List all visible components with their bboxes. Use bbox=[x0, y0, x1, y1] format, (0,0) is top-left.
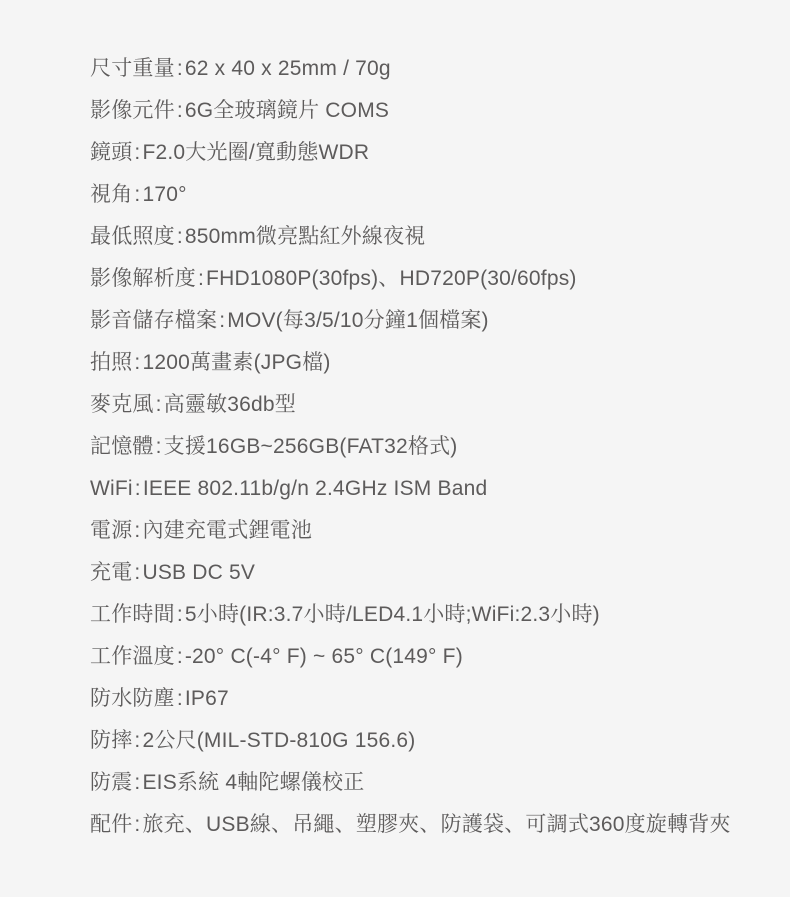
spec-value: EIS系統 4軸陀螺儀校正 bbox=[142, 771, 364, 794]
spec-separator: : bbox=[175, 225, 185, 248]
spec-value: IEEE 802.11b/g/n 2.4GHz ISM Band bbox=[143, 477, 488, 500]
spec-label: 工作溫度 bbox=[90, 645, 175, 668]
spec-separator: : bbox=[132, 351, 142, 374]
spec-label: 視角 bbox=[90, 183, 132, 206]
spec-sheet-page: { "page": { "background_color": "#f5f5f5… bbox=[0, 0, 790, 897]
spec-separator: : bbox=[132, 141, 142, 164]
spec-separator: : bbox=[154, 435, 164, 458]
spec-separator: : bbox=[175, 645, 185, 668]
spec-label: 最低照度 bbox=[90, 225, 175, 248]
spec-row-working-time: 工作時間:5小時(IR:3.7小時/LED4.1小時;WiFi:2.3小時) bbox=[90, 594, 760, 636]
spec-row-accessories: 配件:旅充、USB線、吊繩、塑膠夾、防護袋、可調式360度旋轉背夾 bbox=[90, 804, 760, 846]
spec-label: 防水防塵 bbox=[90, 687, 175, 710]
spec-separator: : bbox=[132, 729, 142, 752]
spec-value: 高靈敏36db型 bbox=[164, 393, 296, 416]
spec-label: 影像解析度 bbox=[90, 267, 196, 290]
spec-row-video-file: 影音儲存檔案:MOV(每3/5/10分鐘1個檔案) bbox=[90, 300, 760, 342]
spec-separator: : bbox=[132, 519, 142, 542]
spec-value: IP67 bbox=[185, 687, 229, 710]
spec-separator: : bbox=[175, 57, 185, 80]
spec-separator: : bbox=[132, 813, 142, 836]
spec-value: 5小時(IR:3.7小時/LED4.1小時;WiFi:2.3小時) bbox=[185, 603, 600, 626]
spec-list: 尺寸重量:62 x 40 x 25mm / 70g 影像元件:6G全玻璃鏡片 C… bbox=[0, 0, 790, 846]
spec-label: 記憶體 bbox=[90, 435, 154, 458]
spec-value: FHD1080P(30fps)、HD720P(30/60fps) bbox=[206, 267, 577, 290]
spec-separator: : bbox=[175, 603, 185, 626]
spec-value: -20° C(-4° F) ~ 65° C(149° F) bbox=[185, 645, 463, 668]
spec-label: 配件 bbox=[90, 813, 132, 836]
spec-value: 6G全玻璃鏡片 COMS bbox=[185, 99, 389, 122]
spec-row-dimensions-weight: 尺寸重量:62 x 40 x 25mm / 70g bbox=[90, 48, 760, 90]
spec-value: F2.0大光圈/寬動態WDR bbox=[142, 141, 369, 164]
spec-row-drop-resistance: 防摔:2公尺(MIL-STD-810G 156.6) bbox=[90, 720, 760, 762]
spec-label: 麥克風 bbox=[90, 393, 154, 416]
spec-row-waterproof-dustproof: 防水防塵:IP67 bbox=[90, 678, 760, 720]
spec-separator: : bbox=[132, 771, 142, 794]
spec-label: 工作時間 bbox=[90, 603, 175, 626]
spec-row-memory: 記憶體:支援16GB~256GB(FAT32格式) bbox=[90, 426, 760, 468]
spec-separator: : bbox=[196, 267, 206, 290]
spec-row-min-illumination: 最低照度:850mm微亮點紅外線夜視 bbox=[90, 216, 760, 258]
spec-label: 影像元件 bbox=[90, 99, 175, 122]
spec-value: 支援16GB~256GB(FAT32格式) bbox=[164, 435, 458, 458]
spec-row-working-temperature: 工作溫度:-20° C(-4° F) ~ 65° C(149° F) bbox=[90, 636, 760, 678]
spec-label: 尺寸重量 bbox=[90, 57, 175, 80]
spec-label: 拍照 bbox=[90, 351, 132, 374]
spec-row-view-angle: 視角:170° bbox=[90, 174, 760, 216]
spec-separator: : bbox=[133, 477, 143, 500]
spec-value: 1200萬畫素(JPG檔) bbox=[142, 351, 330, 374]
spec-separator: : bbox=[154, 393, 164, 416]
spec-value: 170° bbox=[142, 183, 186, 206]
spec-label: 鏡頭 bbox=[90, 141, 132, 164]
spec-row-microphone: 麥克風:高靈敏36db型 bbox=[90, 384, 760, 426]
spec-row-wifi: WiFi:IEEE 802.11b/g/n 2.4GHz ISM Band bbox=[90, 468, 760, 510]
spec-row-anti-shake: 防震:EIS系統 4軸陀螺儀校正 bbox=[90, 762, 760, 804]
spec-value: USB DC 5V bbox=[142, 561, 255, 584]
spec-value: 2公尺(MIL-STD-810G 156.6) bbox=[142, 729, 415, 752]
spec-label: WiFi bbox=[90, 477, 133, 500]
spec-label: 影音儲存檔案 bbox=[90, 309, 217, 332]
spec-value: 內建充電式鋰電池 bbox=[142, 519, 312, 542]
spec-label: 防震 bbox=[90, 771, 132, 794]
spec-separator: : bbox=[132, 561, 142, 584]
spec-row-image-sensor: 影像元件:6G全玻璃鏡片 COMS bbox=[90, 90, 760, 132]
spec-value: 850mm微亮點紅外線夜視 bbox=[185, 225, 426, 248]
spec-separator: : bbox=[132, 183, 142, 206]
spec-value: 62 x 40 x 25mm / 70g bbox=[185, 57, 391, 80]
spec-row-resolution: 影像解析度:FHD1080P(30fps)、HD720P(30/60fps) bbox=[90, 258, 760, 300]
spec-row-photo: 拍照:1200萬畫素(JPG檔) bbox=[90, 342, 760, 384]
spec-row-lens: 鏡頭:F2.0大光圈/寬動態WDR bbox=[90, 132, 760, 174]
spec-separator: : bbox=[175, 687, 185, 710]
spec-label: 電源 bbox=[90, 519, 132, 542]
spec-separator: : bbox=[217, 309, 227, 332]
spec-row-power: 電源:內建充電式鋰電池 bbox=[90, 510, 760, 552]
spec-value: MOV(每3/5/10分鐘1個檔案) bbox=[227, 309, 489, 332]
spec-label: 防摔 bbox=[90, 729, 132, 752]
spec-separator: : bbox=[175, 99, 185, 122]
spec-value: 旅充、USB線、吊繩、塑膠夾、防護袋、可調式360度旋轉背夾 bbox=[142, 813, 730, 836]
spec-label: 充電 bbox=[90, 561, 132, 584]
spec-row-charging: 充電:USB DC 5V bbox=[90, 552, 760, 594]
